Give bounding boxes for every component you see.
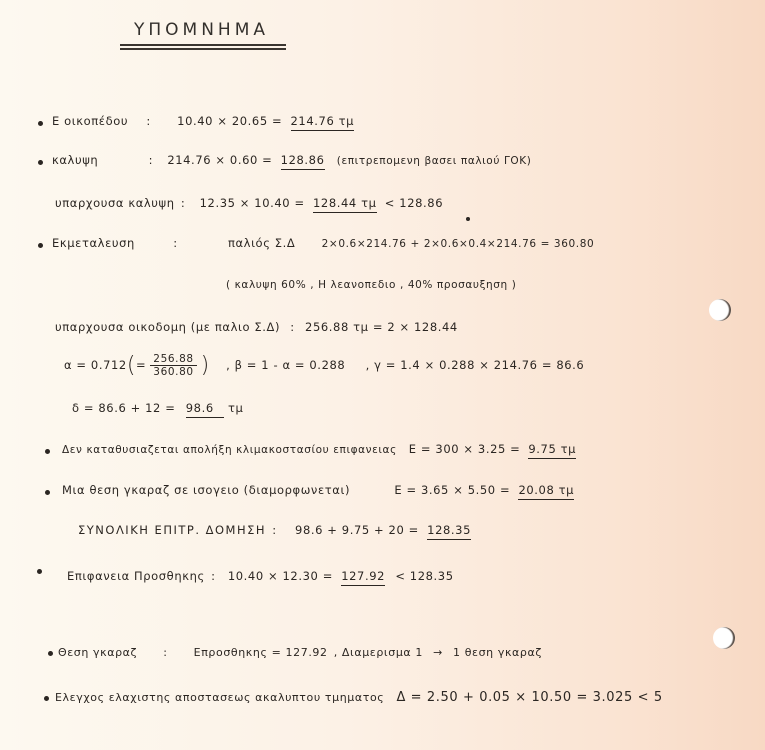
addition-area-line: Επιφανεια Προσθηκης : 10.40 × 12.30 = 12…: [67, 569, 454, 583]
coverage-line: καλυψη : 214.76 × 0.60 = 128.86 (επιτρεπ…: [52, 153, 531, 167]
existing-coverage-line: υπαρχουσα καλυψη : 12.35 × 10.40 = 128.4…: [55, 196, 443, 210]
coefficients-line: α = 0.712(=256.88360.80) , β = 1 - α = 0…: [64, 353, 584, 378]
total-allowed-line: ΣΥΝΟΛΙΚΗ ΕΠΙΤΡ. ΔΟΜΗΣΗ : 98.6 + 9.75 + 2…: [78, 523, 471, 537]
bullet-icon: [44, 696, 49, 701]
delta-line: δ = 86.6 + 12 = 98.6 τμ: [72, 401, 243, 415]
ink-dot: [466, 217, 470, 221]
bullet-icon: [38, 243, 43, 248]
exploitation-line: Εκμεταλευση : παλιός Σ.Δ 2×0.6×214.76 + …: [52, 236, 594, 250]
plot-area-label: Ε οικοπέδου: [52, 114, 128, 128]
demolition-result: 9.75 τμ: [528, 442, 576, 459]
exploitation-expr: 2×0.6×214.76 + 2×0.6×0.4×214.76 = 360.80: [322, 238, 595, 250]
plot-area-result: 214.76 τμ: [291, 114, 355, 131]
parking-ground-line: Μια θεση γκαραζ σε ισογειο (διαμορφωνετα…: [62, 483, 574, 497]
fraction: 256.88360.80: [150, 353, 196, 378]
existing-coverage-result: 128.44 τμ: [313, 196, 377, 213]
existing-building-line: υπαρχουσα οικοδομη (με παλιο Σ.Δ) : 256.…: [55, 320, 458, 334]
coverage-note: (επιτρεπομενη βασει παλιού ΓΟΚ): [337, 155, 532, 167]
demolition-line: Δεν καταθυσιαζεται απολήξη κλιμακοστασίο…: [62, 442, 576, 456]
bullet-icon: [45, 449, 50, 454]
bullet-icon: [48, 651, 53, 656]
plot-area-expr: 10.40 × 20.65 =: [177, 114, 282, 128]
title-underline-1: [120, 44, 286, 46]
total-allowed-result: 128.35: [427, 523, 471, 540]
coverage-result: 128.86: [281, 153, 325, 170]
setback-check-line: Ελεγχος ελαχιστης αποστασεως ακαλυπτου τ…: [55, 690, 663, 705]
garage-spaces-line: Θεση γκαραζ : Επροσθηκης = 127.92 , Διαμ…: [58, 646, 542, 659]
plot-area-line: Ε οικοπέδου : 10.40 × 20.65 = 214.76 τμ: [52, 114, 354, 128]
punch-hole-icon: [713, 627, 735, 649]
exploitation-note: ( καλυψη 60% , Η λεανοπεδιο , 40% προσαυ…: [226, 279, 516, 291]
setback-check-expr: Δ = 2.50 + 0.05 × 10.50 = 3.025 < 5: [396, 690, 662, 705]
title-underline-2: [120, 48, 286, 50]
addition-area-result: 127.92: [341, 569, 385, 586]
bullet-icon: [38, 160, 43, 165]
bullet-icon: [37, 569, 42, 574]
delta-result: 98.6: [186, 401, 224, 418]
bullet-icon: [38, 121, 43, 126]
arrow-icon: →: [433, 646, 443, 659]
parking-ground-result: 20.08 τμ: [518, 483, 574, 500]
handwritten-memo-page: ΥΠΟΜΝΗΜΑ Ε οικοπέδου : 10.40 × 20.65 = 2…: [0, 0, 765, 750]
page-title: ΥΠΟΜΝΗΜΑ: [134, 20, 269, 40]
punch-hole-icon: [709, 299, 731, 321]
bullet-icon: [45, 490, 50, 495]
